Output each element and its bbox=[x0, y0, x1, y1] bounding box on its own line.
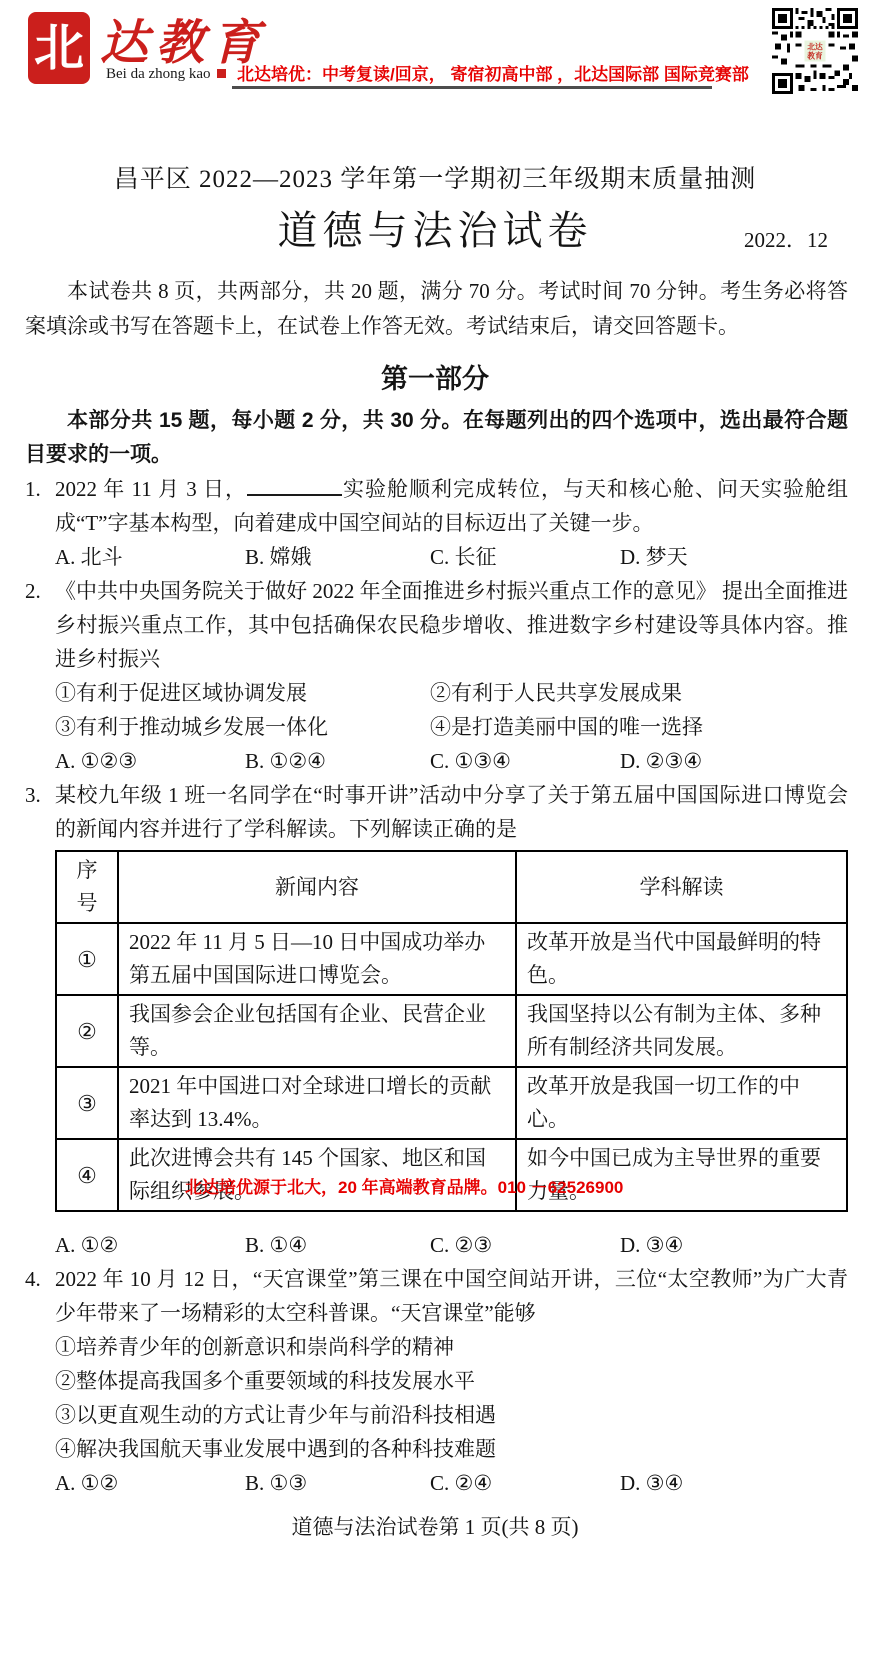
question-4: 4. 2022 年 10 月 12 日，“天宫课堂”第三课在中国空间站开讲，三位… bbox=[25, 1262, 848, 1330]
question-1: 1. 2022 年 11 月 3 日，实验舱顺利完成转位，与天和核心舱、问天实验… bbox=[25, 472, 848, 540]
news-content-cell: 2021 年中国进口对全球进口增长的贡献率达到 13.4%。 bbox=[118, 1067, 516, 1139]
question-4-number: 4. bbox=[25, 1262, 41, 1296]
item-1: ①培养青少年的创新意识和崇尚科学的精神 bbox=[55, 1330, 848, 1364]
logo-seal: 北 bbox=[28, 12, 90, 84]
logo-subtitle-text: Bei da zhong kao bbox=[106, 66, 211, 82]
option-b: B. ①③ bbox=[245, 1466, 430, 1500]
news-content-cell: 我国参会企业包括国有企业、民营企业等。 bbox=[118, 995, 516, 1067]
question-3: 3. 某校九年级 1 班一名同学在“时事开讲”活动中分享了关于第五届中国国际进口… bbox=[25, 778, 848, 846]
item-2: ②整体提高我国多个重要领域的科技发展水平 bbox=[55, 1364, 848, 1398]
question-1-number: 1. bbox=[25, 472, 41, 506]
exam-paper-page: 北 达教育 Bei da zhong kao 北达培优：中考复读/回京， 寄宿初… bbox=[0, 0, 870, 1654]
header-no: 序号 bbox=[56, 851, 118, 923]
option-d: D. ③④ bbox=[620, 1466, 848, 1500]
paper-title: 道德与法治试卷 bbox=[278, 204, 593, 258]
option-c: C. ①③④ bbox=[430, 744, 620, 778]
option-b: B. 嫦娥 bbox=[245, 540, 430, 574]
exam-date: 2022．12 bbox=[744, 224, 828, 254]
question-2-number: 2. bbox=[25, 574, 41, 608]
question-4-options: A. ①② B. ①③ C. ②④ D. ③④ bbox=[55, 1466, 848, 1500]
analysis-cell: 改革开放是当代中国最鲜明的特色。 bbox=[516, 923, 847, 995]
question-1-text-before: 2022 年 11 月 3 日， bbox=[55, 477, 247, 501]
option-c: C. ②④ bbox=[430, 1466, 620, 1500]
table-row: ① 2022 年 11 月 5 日—10 日中国成功举办第五届中国国际进口博览会… bbox=[56, 923, 847, 995]
logo-subtitle: Bei da zhong kao bbox=[106, 66, 226, 83]
red-square-icon bbox=[217, 69, 226, 78]
question-3-options: A. ①② B. ①④ C. ②③ D. ③④ bbox=[55, 1228, 848, 1262]
news-content-cell: 2022 年 11 月 5 日—10 日中国成功举办第五届中国国际进口博览会。 bbox=[118, 923, 516, 995]
header-analysis: 学科解读 bbox=[516, 851, 847, 923]
qr-code-icon: 北达 教育 bbox=[772, 8, 858, 94]
analysis-cell: 改革开放是我国一切工作的中心。 bbox=[516, 1067, 847, 1139]
option-a: A. 北斗 bbox=[55, 540, 245, 574]
exam-instructions: 本试卷共 8 页，共两部分，共 20 题，满分 70 分。考试时间 70 分钟。… bbox=[25, 274, 848, 344]
option-a: A. ①②③ bbox=[55, 744, 245, 778]
row-number-cell: ③ bbox=[56, 1067, 118, 1139]
item-4: ④解决我国航天事业发展中遇到的各种科技难题 bbox=[55, 1432, 848, 1466]
question-2-options: A. ①②③ B. ①②④ C. ①③④ D. ②③④ bbox=[55, 744, 848, 778]
news-table: 序号 新闻内容 学科解读 ① 2022 年 11 月 5 日—10 日中国成功举… bbox=[55, 850, 848, 1212]
brand-slogan: 北达培优：中考复读/回京， 寄宿初高中部 ，北达国际部 国际竞赛部 bbox=[237, 60, 749, 85]
option-d: D. ③④ bbox=[620, 1228, 848, 1262]
part1-intro: 本部分共 15 题，每小题 2 分，共 30 分。在每题列出的四个选项中，选出最… bbox=[25, 404, 848, 472]
option-a: A. ①② bbox=[55, 1466, 245, 1500]
item-1: ①有利于促进区域协调发展 bbox=[55, 676, 430, 710]
table-row: ③ 2021 年中国进口对全球进口增长的贡献率达到 13.4%。 改革开放是我国… bbox=[56, 1067, 847, 1139]
question-2: 2. 《中共中央国务院关于做好 2022 年全面推进乡村振兴重点工作的意见》 提… bbox=[25, 574, 848, 676]
brand-header: 北 达教育 Bei da zhong kao 北达培优：中考复读/回京， 寄宿初… bbox=[0, 0, 870, 100]
row-number-cell: ① bbox=[56, 923, 118, 995]
question-2-text: 《中共中央国务院关于做好 2022 年全面推进乡村振兴重点工作的意见》 提出全面… bbox=[55, 579, 848, 671]
question-1-options: A. 北斗 B. 嫦娥 C. 长征 D. 梦天 bbox=[55, 540, 848, 574]
row-number-cell: ② bbox=[56, 995, 118, 1067]
header-news: 新闻内容 bbox=[118, 851, 516, 923]
question-4-text: 2022 年 10 月 12 日，“天宫课堂”第三课在中国空间站开讲，三位“太空… bbox=[55, 1267, 848, 1325]
news-table-wrap: 序号 新闻内容 学科解读 ① 2022 年 11 月 5 日—10 日中国成功举… bbox=[0, 850, 870, 1212]
option-c: C. 长征 bbox=[430, 540, 620, 574]
option-d: D. 梦天 bbox=[620, 540, 848, 574]
item-3: ③有利于推动城乡发展一体化 bbox=[55, 710, 430, 744]
option-d: D. ②③④ bbox=[620, 744, 848, 778]
question-4-items: ①培养青少年的创新意识和崇尚科学的精神 ②整体提高我国多个重要领域的科技发展水平… bbox=[55, 1330, 848, 1466]
row-number-cell: ④ bbox=[56, 1139, 118, 1211]
analysis-cell: 我国坚持以公有制为主体、多种所有制经济共同发展。 bbox=[516, 995, 847, 1067]
item-4: ④是打造美丽中国的唯一选择 bbox=[430, 710, 848, 744]
item-2: ②有利于人民共享发展成果 bbox=[430, 676, 848, 710]
paper-title-row: 道德与法治试卷 2022．12 bbox=[0, 204, 870, 258]
question-3-text: 某校九年级 1 班一名同学在“时事开讲”活动中分享了关于第五届中国国际进口博览会… bbox=[55, 783, 848, 841]
question-3-number: 3. bbox=[25, 778, 41, 812]
header-divider bbox=[232, 86, 712, 89]
option-c: C. ②③ bbox=[430, 1228, 620, 1262]
svg-text:北达: 北达 bbox=[807, 42, 823, 52]
item-3: ③以更直观生动的方式让青少年与前沿科技相遇 bbox=[55, 1398, 848, 1432]
question-2-items: ①有利于促进区域协调发展 ②有利于人民共享发展成果 ③有利于推动城乡发展一体化 … bbox=[55, 676, 848, 744]
page-footer: 道德与法治试卷第 1 页(共 8 页) bbox=[0, 1510, 870, 1544]
part1-heading: 第一部分 bbox=[0, 360, 870, 398]
option-b: B. ①②④ bbox=[245, 744, 430, 778]
exam-session-title: 昌平区 2022—2023 学年第一学期初三年级期末质量抽测 bbox=[0, 162, 870, 198]
option-b: B. ①④ bbox=[245, 1228, 430, 1262]
svg-text:教育: 教育 bbox=[806, 50, 823, 60]
table-header-row: 序号 新闻内容 学科解读 bbox=[56, 851, 847, 923]
answer-blank bbox=[247, 475, 342, 496]
option-a: A. ①② bbox=[55, 1228, 245, 1262]
table-row: ② 我国参会企业包括国有企业、民营企业等。 我国坚持以公有制为主体、多种所有制经… bbox=[56, 995, 847, 1067]
promo-watermark: 北达培优源于北大，20 年高端教育品牌。010 －62526900 bbox=[185, 1173, 623, 1198]
